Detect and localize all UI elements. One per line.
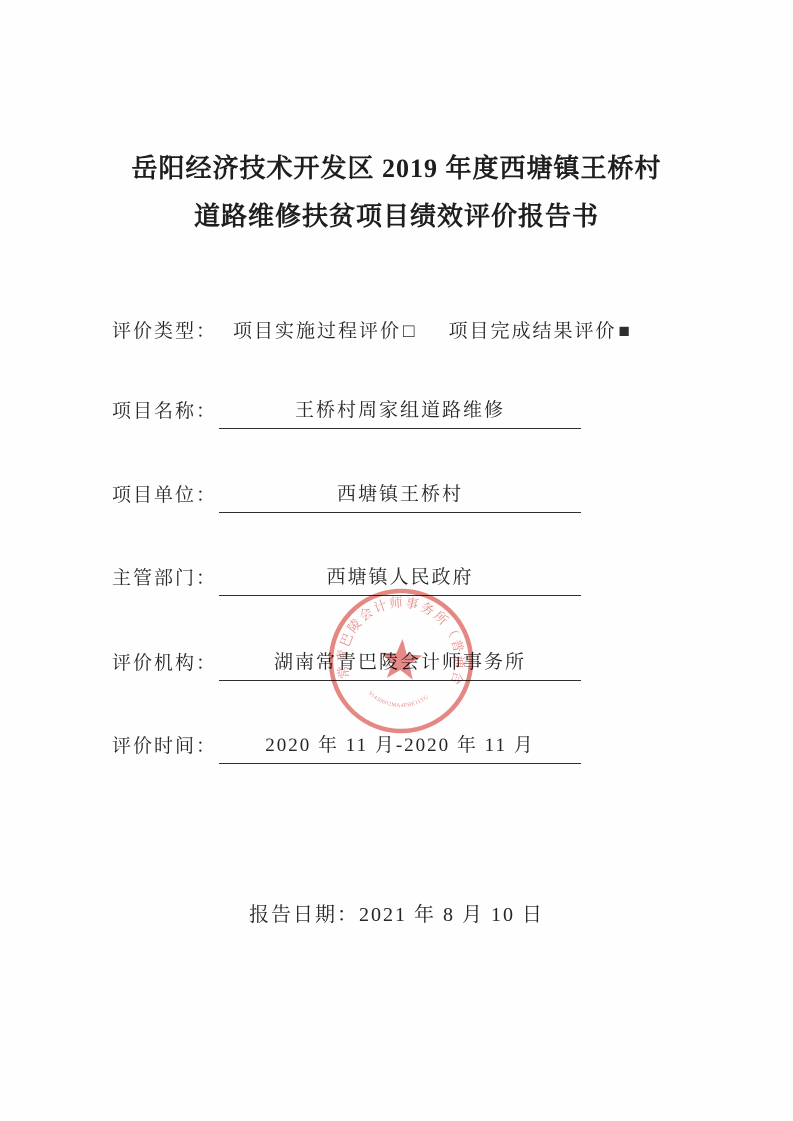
- report-date-value: 2021 年 8 月 10 日: [359, 904, 544, 926]
- field-row-project-unit: 项目单位： 西塘镇王桥村: [112, 479, 581, 513]
- field-row-project-name: 项目名称： 王桥村周家组道路维修: [112, 395, 581, 429]
- evaluation-option-result-label: 项目完成结果评价: [449, 321, 617, 342]
- evaluation-option-process: 项目实施过程评价□: [233, 316, 415, 343]
- seal-code: 91430602MA4PHE11TG: [366, 690, 430, 711]
- evaluation-option-process-label: 项目实施过程评价: [233, 321, 401, 342]
- checkbox-filled-icon: ■: [619, 321, 630, 342]
- report-title-line1: 岳阳经济技术开发区 2019 年度西塘镇王桥村: [0, 148, 793, 185]
- project-unit-value: 西塘镇王桥村: [219, 479, 581, 513]
- svg-text:91430602MA4PHE11TG: 91430602MA4PHE11TG: [366, 690, 430, 711]
- evaluation-type-label: 评价类型：: [112, 316, 217, 343]
- evaluation-type-row: 评价类型： 项目实施过程评价□ 项目完成结果评价■: [112, 316, 664, 343]
- evaluation-period-value: 2020 年 11 月-2020 年 11 月: [219, 730, 581, 764]
- supervising-department-value: 西塘镇人民政府: [219, 562, 581, 596]
- supervising-department-label: 主管部门：: [112, 563, 217, 596]
- report-date-label: 报告日期：: [249, 904, 359, 926]
- field-row-supervising-department: 主管部门： 西塘镇人民政府: [112, 562, 581, 596]
- field-row-evaluation-period: 评价时间： 2020 年 11 月-2020 年 11 月: [112, 730, 581, 764]
- checkbox-empty-icon: □: [403, 321, 414, 342]
- field-row-evaluation-agency: 评价机构： 湖南常青巴陵会计师事务所: [112, 647, 581, 681]
- evaluation-period-label: 评价时间：: [112, 731, 217, 764]
- report-cover-page: 岳阳经济技术开发区 2019 年度西塘镇王桥村 道路维修扶贫项目绩效评价报告书 …: [0, 0, 793, 1121]
- report-date-row: 报告日期：2021 年 8 月 10 日: [0, 898, 793, 927]
- project-name-value: 王桥村周家组道路维修: [219, 395, 581, 429]
- project-name-label: 项目名称：: [112, 396, 217, 429]
- project-unit-label: 项目单位：: [112, 480, 217, 513]
- evaluation-option-result: 项目完成结果评价■: [449, 316, 631, 343]
- report-title-line2: 道路维修扶贫项目绩效评价报告书: [0, 196, 793, 233]
- evaluation-agency-value: 湖南常青巴陵会计师事务所: [219, 647, 581, 681]
- evaluation-agency-label: 评价机构：: [112, 648, 217, 681]
